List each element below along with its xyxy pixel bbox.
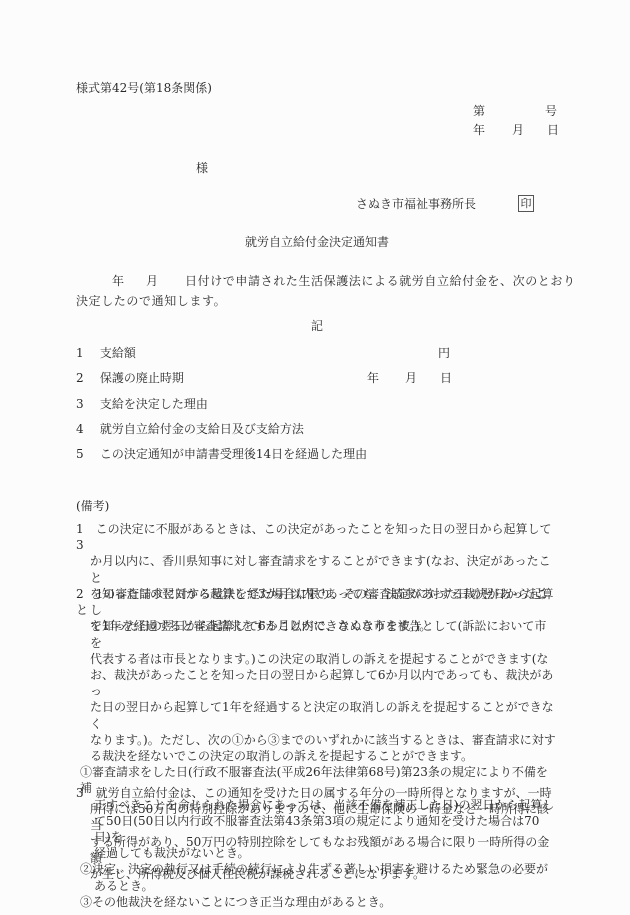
item-3: 3 支給を決定した理由 bbox=[76, 396, 208, 412]
issue-date-year: 年 bbox=[473, 122, 485, 138]
application-year: 年 bbox=[112, 273, 124, 289]
termination-year: 年 bbox=[367, 370, 379, 386]
item-number: 3 bbox=[76, 396, 96, 412]
item-label: この決定通知が申請書受理後14日を経過した理由 bbox=[100, 447, 367, 461]
remarks-heading: (備考) bbox=[76, 498, 109, 514]
remark-line: が生じ、所得税及び個人住民税が課税されることになります。 bbox=[76, 866, 556, 882]
form-number: 様式第42号(第18条関係) bbox=[76, 80, 212, 96]
ki-marker: 記 bbox=[311, 318, 323, 334]
item-number: 1 bbox=[76, 345, 96, 361]
amount-yen-unit: 円 bbox=[438, 345, 450, 361]
application-month: 月 bbox=[146, 273, 158, 289]
remark-line: を知った日の翌日から起算して6か月以内に、さぬき市を被告として(訴訟において市を bbox=[76, 618, 556, 650]
remark-line: ③その他裁決を経ないことにつき正当な理由があるとき。 bbox=[80, 894, 556, 910]
item-label: 支給を決定した理由 bbox=[100, 397, 208, 411]
remark-line: なります。)。ただし、次の①から③までのいずれかに該当するときは、審査請求に対す bbox=[76, 732, 556, 748]
termination-month: 月 bbox=[405, 370, 417, 386]
remark-2-sub-3: ③その他裁決を経ないことにつき正当な理由があるとき。 bbox=[76, 894, 556, 910]
item-number: 4 bbox=[76, 421, 96, 437]
item-number: 5 bbox=[76, 446, 96, 462]
remark-line: 代表する者は市長となります。)この決定の取消しの訴えを提起することができます(な bbox=[76, 651, 556, 667]
remark-line: る裁決を経ないでこの決定の取消しの訴えを提起することができます。 bbox=[76, 748, 556, 764]
item-2: 2 保護の廃止時期 bbox=[76, 370, 184, 386]
termination-day: 日 bbox=[440, 370, 452, 386]
remark-line: 1 この決定に不服があるときは、この決定があったことを知った日の翌日から起算して… bbox=[76, 521, 556, 553]
sender-name: さぬき市福祉事務所長 bbox=[356, 196, 476, 212]
issue-date-month: 月 bbox=[512, 122, 524, 138]
doc-number-prefix: 第 bbox=[473, 103, 485, 119]
document-title: 就労自立給付金決定通知書 bbox=[245, 234, 389, 250]
item-label: 就労自立給付金の支給日及び支給方法 bbox=[100, 422, 304, 436]
remark-line: 2 1の審査請求に対する裁決を経た場合に限り、その審査請求に対する裁決があったこ… bbox=[76, 586, 556, 618]
remark-line: 所得には50万円の特別控除がありますので、他に生命保険の一時金など一時所得に該当 bbox=[76, 801, 556, 833]
seal-stamp-box: 印 bbox=[518, 195, 534, 212]
body-line-2: 決定したので通知します。 bbox=[76, 293, 226, 309]
item-label: 保護の廃止時期 bbox=[100, 371, 184, 385]
item-1: 1 支給額 bbox=[76, 345, 136, 361]
item-4: 4 就労自立給付金の支給日及び支給方法 bbox=[76, 421, 304, 437]
remark-3: 3 就労自立給付金は、この通知を受けた日の属する年分の一時所得となりますが、一時… bbox=[76, 785, 556, 882]
issue-date-day: 日 bbox=[547, 122, 559, 138]
recipient-suffix: 様 bbox=[196, 160, 208, 176]
item-label: 支給額 bbox=[100, 346, 136, 360]
doc-number-suffix: 号 bbox=[545, 103, 557, 119]
item-5: 5 この決定通知が申請書受理後14日を経過した理由 bbox=[76, 446, 367, 462]
remark-line: た日の翌日から起算して1年を経過すると決定の取消しの訴えを提起することができなく bbox=[76, 699, 556, 731]
item-number: 2 bbox=[76, 370, 96, 386]
remark-line: お、裁決があったことを知った日の翌日から起算して6か月以内であっても、裁決があっ bbox=[76, 667, 556, 699]
remark-line: 3 就労自立給付金は、この通知を受けた日の属する年分の一時所得となりますが、一時 bbox=[76, 785, 556, 801]
body-line-1: 日付けで申請された生活保護法による就労自立給付金を、次のとおり bbox=[185, 273, 576, 289]
remark-line: する所得があり、50万円の特別控除をしてもなお残額がある場合に限り一時所得の金額 bbox=[76, 834, 556, 866]
remark-line: か月以内に、香川県知事に対し審査請求をすることができます(なお、決定があったこと bbox=[76, 553, 556, 585]
